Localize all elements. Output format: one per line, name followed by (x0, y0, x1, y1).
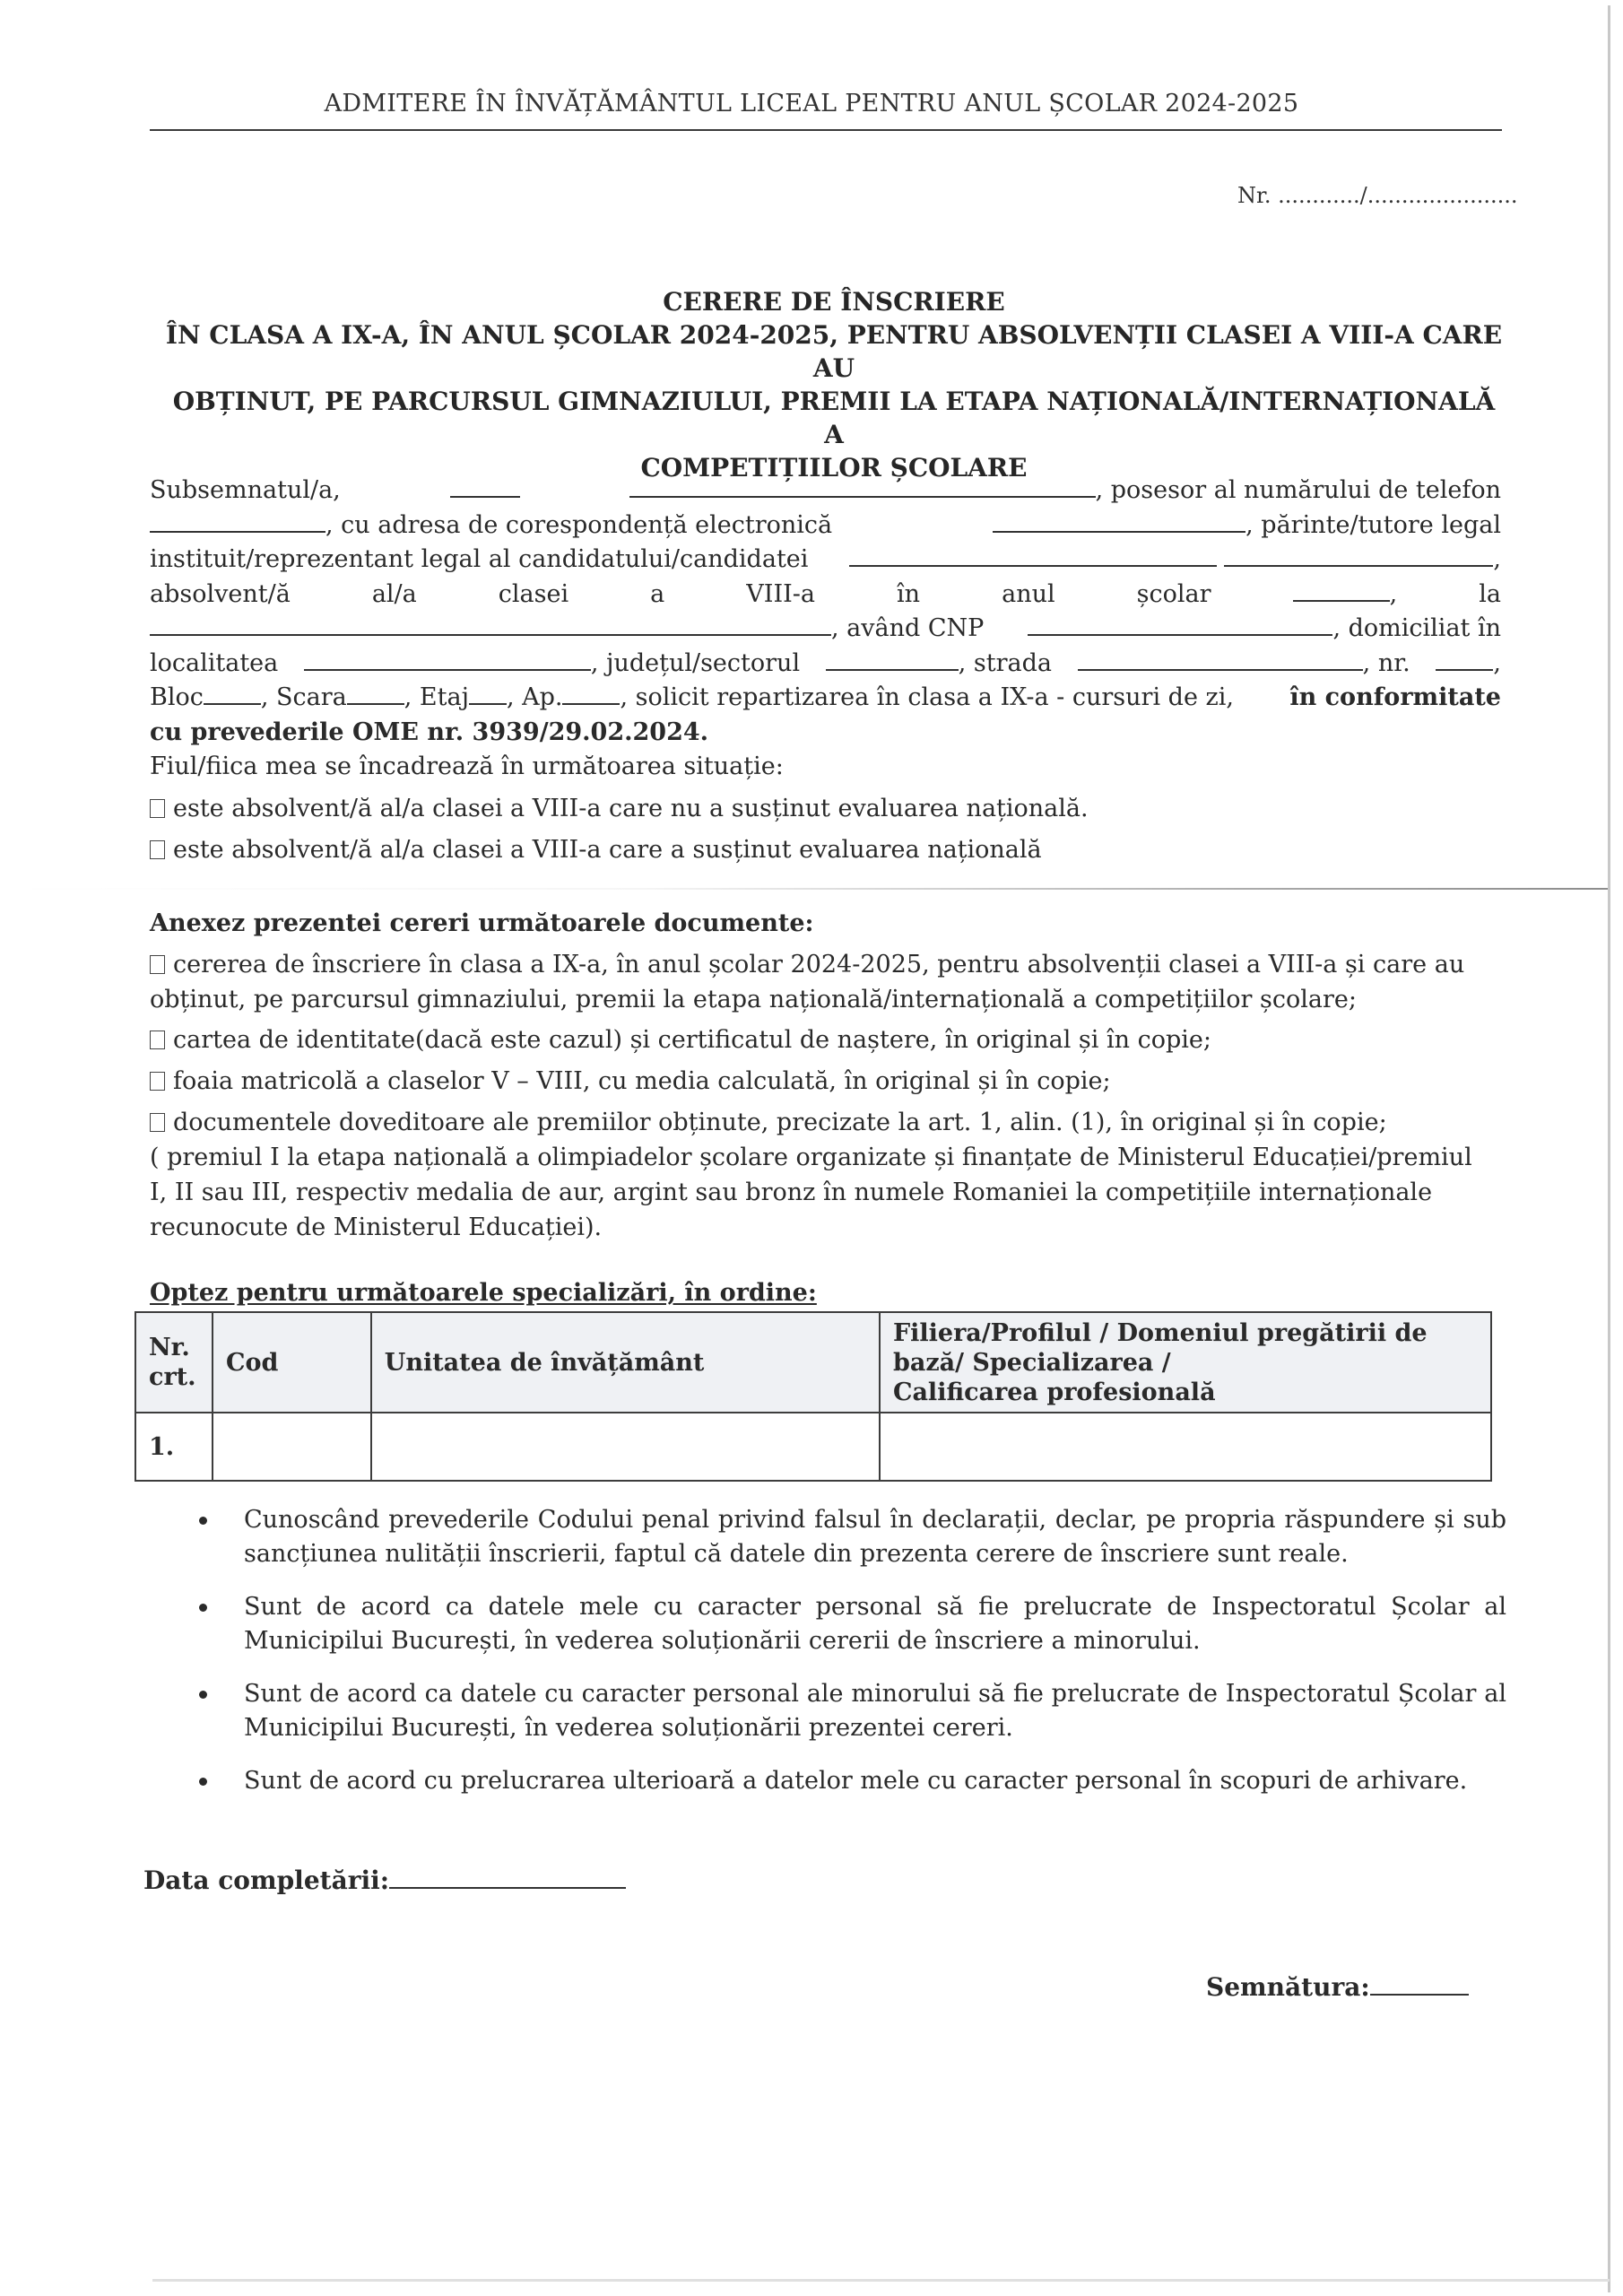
checkbox-icon[interactable] (150, 1072, 165, 1091)
situation-option-1-label: este absolvent/ă al/a clasei a VIII-a ca… (173, 792, 1089, 827)
floor-blank[interactable] (469, 683, 507, 705)
cnp-blank[interactable] (1028, 614, 1332, 636)
annex-item-1-continuation: obținut, pe parcursul gimnaziului, premi… (150, 982, 1501, 1017)
header-text: crt. (149, 1362, 199, 1392)
label-ap: , Ap. (507, 683, 563, 711)
first-name-blank[interactable] (450, 476, 520, 498)
label-etaj: , Etaj (404, 683, 469, 711)
candidate-surname-blank[interactable] (1224, 545, 1493, 567)
form-line-6: localitatea , județul/sectorul , strada … (150, 647, 1501, 682)
column-header-nr: Nr. crt. (135, 1312, 213, 1413)
bullet-icon (199, 1691, 207, 1699)
declaration-text: Sunt de acord ca datele mele cu caracter… (244, 1593, 1506, 1655)
label-nr: , nr. (1363, 649, 1410, 677)
form-line-7: Bloc, Scara, Etaj, Ap., solicit repartiz… (150, 681, 1501, 716)
label-cnp: , având CNP (831, 614, 984, 642)
form-line-1: Subsemnatul/a, , posesor al numărului de… (150, 474, 1501, 509)
annex-item-1-label: cererea de înscriere în clasa a IX-a, în… (173, 947, 1464, 982)
options-section: Optez pentru următoarele specializări, î… (150, 1276, 1501, 1311)
word: școlar (1137, 578, 1211, 613)
annex-note-line-2: I, II sau III, respectiv medalia de aur,… (150, 1175, 1501, 1210)
form-line-2: , cu adresa de corespondență electronică… (150, 509, 1501, 544)
cell-filiera[interactable] (880, 1413, 1491, 1481)
declaration-text: Sunt de acord ca datele cu caracter pers… (244, 1680, 1506, 1742)
form-line-3: instituit/reprezentant legal al candidat… (150, 543, 1501, 578)
label-scara: , Scara (261, 683, 347, 711)
cell-cod[interactable] (213, 1413, 371, 1481)
date-label: Data completării: (143, 1865, 389, 1895)
cell-nr: 1. (135, 1413, 213, 1481)
word: VIII-a (746, 578, 815, 613)
header-text: Calificarea profesională (893, 1378, 1478, 1407)
signature-blank[interactable] (1370, 1974, 1469, 1996)
school-year-blank[interactable] (1293, 580, 1390, 602)
word: la (1479, 578, 1501, 613)
page-header-title: ADMITERE ÎN ÎNVĂȚĂMÂNTUL LICEAL PENTRU A… (0, 90, 1623, 117)
applicant-details: Subsemnatul/a, , posesor al numărului de… (150, 474, 1501, 868)
checkbox-icon[interactable] (150, 1031, 165, 1049)
checkbox-icon[interactable] (150, 1113, 165, 1132)
label-adresa: , cu adresa de corespondență electronică (325, 511, 832, 539)
county-blank[interactable] (826, 649, 959, 671)
declaration-item: Sunt de acord cu prelucrarea ulterioară … (188, 1764, 1506, 1798)
bullet-icon (199, 1604, 207, 1612)
declaration-text: Sunt de acord cu prelucrarea ulterioară … (244, 1767, 1467, 1795)
ome-reference: cu prevederile OME nr. 3939/29.02.2024. (150, 716, 1501, 751)
annex-note-line-1: ( premiul I la etapa națională a olimpia… (150, 1140, 1501, 1175)
annex-item-1[interactable]: cererea de înscriere în clasa a IX-a, în… (150, 947, 1501, 982)
signature: Semnătura: (1206, 1972, 1469, 2002)
apartment-blank[interactable] (562, 683, 620, 705)
label-conformitate: în conformitate (1289, 681, 1501, 716)
label-strada: , strada (959, 649, 1052, 677)
label-instituit: instituit/reprezentant legal al candidat… (150, 543, 808, 578)
cell-unitate[interactable] (371, 1413, 880, 1481)
annex-item-3[interactable]: foaia matricolă a claselor V – VIII, cu … (150, 1064, 1501, 1099)
declaration-item: Sunt de acord ca datele mele cu caracter… (188, 1590, 1506, 1658)
label-solicit: , solicit repartizarea în clasa a IX-a -… (620, 683, 1233, 711)
street-number-blank[interactable] (1436, 649, 1493, 671)
completion-date: Data completării: (143, 1865, 626, 1895)
word: absolvent/ă (150, 578, 291, 613)
staircase-blank[interactable] (347, 683, 404, 705)
document-page: ADMITERE ÎN ÎNVĂȚĂMÂNTUL LICEAL PENTRU A… (0, 0, 1623, 2296)
note-text: I, II sau III, respectiv medalia de aur,… (150, 1175, 1432, 1210)
comma: , (1493, 545, 1501, 573)
signature-label: Semnătura: (1206, 1972, 1370, 2002)
word: clasei (499, 578, 568, 613)
header-divider (150, 129, 1502, 131)
declaration-item: Sunt de acord ca datele cu caracter pers… (188, 1677, 1506, 1745)
checkbox-icon[interactable] (150, 799, 165, 818)
options-heading: Optez pentru următoarele specializări, î… (150, 1279, 817, 1307)
title-line-2: ÎN CLASA A IX-A, ÎN ANUL ȘCOLAR 2024-202… (161, 318, 1506, 385)
situation-option-2[interactable]: este absolvent/ă al/a clasei a VIII-a ca… (150, 833, 1501, 868)
annex-item-2[interactable]: cartea de identitate(dacă este cazul) și… (150, 1022, 1501, 1057)
scan-edge-bottom (152, 2279, 1610, 2282)
registration-number-field[interactable]: Nr. ............/...................... (1237, 183, 1518, 208)
annex-item-3-label: foaia matricolă a claselor V – VIII, cu … (173, 1064, 1111, 1099)
comma: , (1493, 649, 1501, 677)
candidate-name-blank[interactable] (849, 545, 1217, 567)
checkbox-icon[interactable] (150, 840, 165, 859)
header-text: bază/ Specializarea / (893, 1348, 1478, 1378)
school-name-blank[interactable] (150, 614, 831, 636)
scan-fold-line (0, 888, 1608, 890)
label-bloc: Bloc (150, 683, 204, 711)
note-text: ( premiul I la etapa națională a olimpia… (150, 1140, 1472, 1175)
form-line-4: absolvent/ă al/a clasei a VIII-a în anul… (150, 578, 1501, 613)
column-header-filiera: Filiera/Profilul / Domeniul pregătirii d… (880, 1312, 1491, 1413)
header-text: Filiera/Profilul / Domeniul pregătirii d… (893, 1318, 1478, 1348)
date-blank[interactable] (389, 1867, 626, 1889)
label-parinte: , părinte/tutore legal (1245, 511, 1501, 539)
annex-item-4-label: documentele doveditoare ale premiilor ob… (173, 1105, 1387, 1140)
declaration-text: Cunoscând prevederile Codului penal priv… (244, 1506, 1506, 1568)
label-domiciliat: , domiciliat în (1332, 614, 1501, 642)
block-blank[interactable] (204, 683, 261, 705)
label-subsemnatul: Subsemnatul/a, (150, 474, 341, 509)
label-posesor: , posesor al numărului de telefon (1096, 476, 1501, 504)
checkbox-icon[interactable] (150, 955, 165, 974)
bullet-icon (199, 1517, 207, 1525)
column-header-cod: Cod (213, 1312, 371, 1413)
annex-heading: Anexez prezentei cereri următoarele docu… (150, 906, 1501, 941)
annex-section: Anexez prezentei cereri următoarele docu… (150, 906, 1501, 1245)
email-blank[interactable] (993, 511, 1245, 533)
label-judetul: , județul/sectorul (591, 649, 800, 677)
annex-item-2-label: cartea de identitate(dacă este cazul) și… (173, 1022, 1211, 1057)
form-line-5: , având CNP , domiciliat în (150, 612, 1501, 647)
word: al/a (372, 578, 417, 613)
street-blank[interactable] (1078, 649, 1363, 671)
column-header-unitate: Unitatea de învățământ (371, 1312, 880, 1413)
table-header-row: Nr. crt. Cod Unitatea de învățământ Fili… (135, 1312, 1491, 1413)
full-name-blank[interactable] (629, 476, 1096, 498)
declaration-item: Cunoscând prevederile Codului penal priv… (188, 1503, 1506, 1571)
locality-blank[interactable] (304, 649, 591, 671)
comma: , (1390, 580, 1398, 608)
scan-edge-right (1608, 5, 1610, 2292)
title-line-1: CERERE DE ÎNSCRIERE (161, 285, 1506, 318)
word: a (650, 578, 664, 613)
situation-option-2-label: este absolvent/ă al/a clasei a VIII-a ca… (173, 833, 1042, 868)
bullet-icon (199, 1778, 207, 1786)
situation-label: Fiul/fiica mea se încadrează în următoar… (150, 750, 1501, 785)
annex-item-4[interactable]: documentele doveditoare ale premiilor ob… (150, 1105, 1501, 1140)
title-line-3: OBȚINUT, PE PARCURSUL GIMNAZIULUI, PREMI… (161, 385, 1506, 451)
word: anul (1002, 578, 1055, 613)
annex-note-line-3: recunocute de Ministerul Educației). (150, 1210, 1501, 1245)
table-row: 1. (135, 1413, 1491, 1481)
header-text: Nr. (149, 1333, 199, 1362)
document-title: CERERE DE ÎNSCRIERE ÎN CLASA A IX-A, ÎN … (161, 285, 1506, 484)
declarations-list: Cunoscând prevederile Codului penal priv… (188, 1503, 1506, 1817)
situation-option-1[interactable]: este absolvent/ă al/a clasei a VIII-a ca… (150, 792, 1501, 827)
label-localitatea: localitatea (150, 647, 278, 682)
phone-blank[interactable] (150, 511, 325, 533)
specializations-table: Nr. crt. Cod Unitatea de învățământ Fili… (135, 1311, 1492, 1482)
word: în (897, 578, 920, 613)
